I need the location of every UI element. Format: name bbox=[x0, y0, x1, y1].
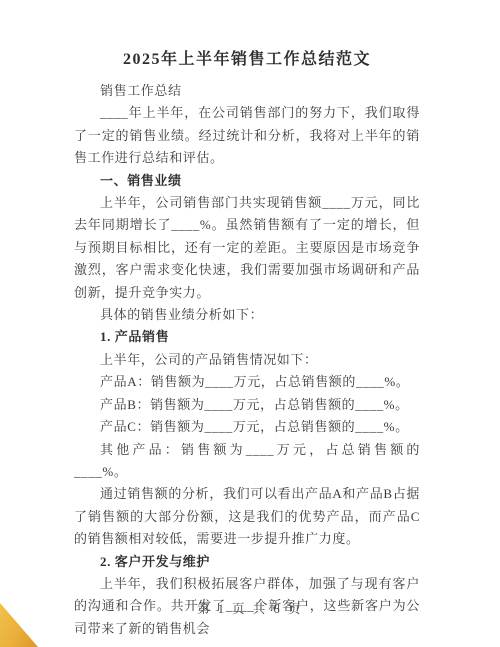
document-page: 2025年上半年销售工作总结范文 销售工作总结 ____年上半年，在公司销售部门… bbox=[0, 0, 500, 647]
paragraph-product-b: 产品B：销售额为____万元，占总销售额的____%。 bbox=[74, 394, 420, 416]
page-title: 2025年上半年销售工作总结范文 bbox=[74, 48, 420, 72]
paragraph-product-sales-lead-in: 上半年，公司的产品销售情况如下： bbox=[74, 349, 420, 371]
subsection-heading-customer-development: 2. 客户开发与维护 bbox=[74, 551, 420, 573]
paragraph-intro: ____年上半年，在公司销售部门的努力下，我们取得了一定的销售业绩。经过统计和分… bbox=[74, 102, 420, 169]
paragraph-analysis-lead-in: 具体的销售业绩分析如下： bbox=[74, 304, 420, 326]
paragraph-sales-overview: 上半年，公司销售部门共实现销售额____万元，同比去年同期增长了____%。虽然… bbox=[74, 192, 420, 304]
section-heading-sales-performance: 一、销售业绩 bbox=[74, 170, 420, 192]
page-number-footer: 第 1 页 共 6 页 bbox=[0, 599, 500, 617]
subsection-heading-product-sales: 1. 产品销售 bbox=[74, 326, 420, 348]
paragraph-product-analysis: 通过销售额的分析，我们可以看出产品A和产品B占据了销售额的大部分份额，这是我们的… bbox=[74, 483, 420, 550]
paragraph-product-c: 产品C：销售额为____万元，占总销售额的____%。 bbox=[74, 416, 420, 438]
paragraph-product-a: 产品A：销售额为____万元，占总销售额的____%。 bbox=[74, 371, 420, 393]
paragraph-subtitle: 销售工作总结 bbox=[74, 80, 420, 102]
paragraph-other-products: 其他产品：销售额为____万元，占总销售额的____%。 bbox=[74, 439, 420, 484]
document-content: 2025年上半年销售工作总结范文 销售工作总结 ____年上半年，在公司销售部门… bbox=[74, 48, 420, 640]
